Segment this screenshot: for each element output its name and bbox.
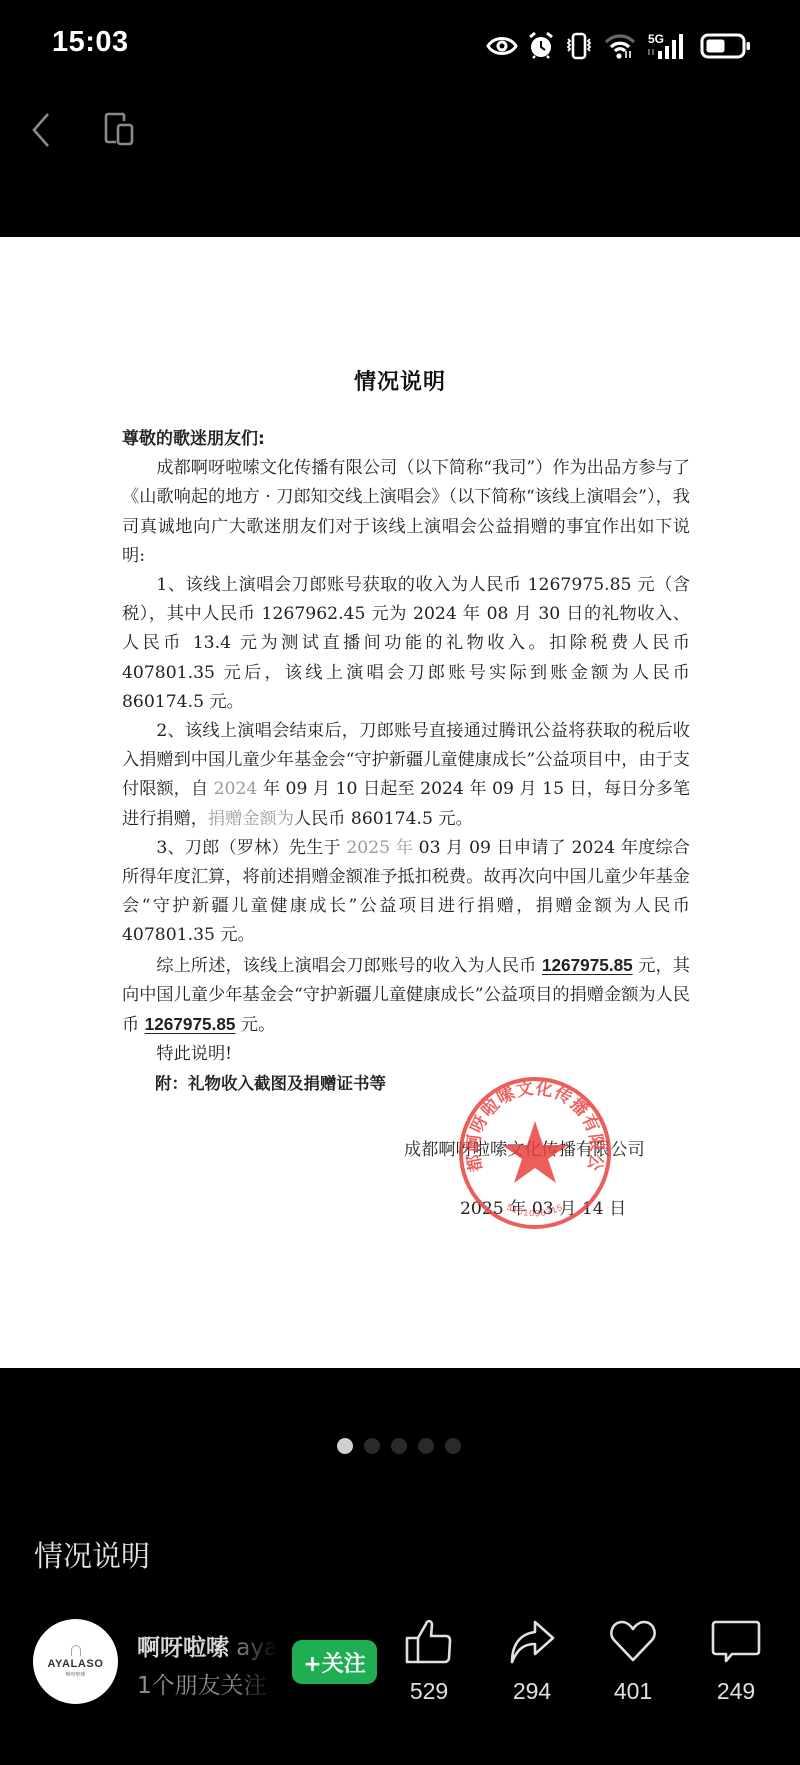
summary-donation-amount: 1267975.85: [145, 1014, 236, 1034]
svg-text:5101096715: 5101096715: [505, 1202, 565, 1219]
back-button[interactable]: [24, 108, 60, 152]
favorite-button[interactable]: 401: [598, 1618, 668, 1705]
multi-device-button[interactable]: [98, 108, 142, 152]
author-avatar[interactable]: AYALASO 啊呀啦嗦: [33, 1619, 118, 1704]
comment-count: 249: [701, 1678, 771, 1705]
pager-dot-4[interactable]: [418, 1438, 434, 1454]
post-caption: 情况说明: [34, 1534, 150, 1575]
image-pager: [0, 1438, 800, 1454]
document-image[interactable]: 情况说明 尊敬的歌迷朋友们: 成都啊呀啦嗦文化传播有限公司（以下简称“我司”）作…: [0, 237, 800, 1368]
thumbs-up-icon: [404, 1618, 454, 1666]
vibrate-icon: [564, 31, 594, 61]
pager-dot-2[interactable]: [364, 1438, 380, 1454]
summary-income-amount: 1267975.85: [542, 955, 633, 975]
status-time: 15:03: [52, 26, 129, 59]
top-nav: [0, 100, 800, 160]
pager-dot-3[interactable]: [391, 1438, 407, 1454]
favorite-count: 401: [598, 1678, 668, 1705]
pager-dot-1[interactable]: [337, 1438, 353, 1454]
comment-button[interactable]: 249: [701, 1618, 771, 1705]
status-icons: 5G: [486, 28, 752, 64]
document-title: 情况说明: [0, 365, 800, 396]
like-button[interactable]: 529: [394, 1618, 464, 1705]
share-button[interactable]: 294: [497, 1618, 567, 1705]
author-name[interactable]: 啊呀啦嗦 ayal: [137, 1629, 277, 1662]
comment-bubble-icon: [710, 1618, 762, 1666]
salutation: 尊敬的歌迷朋友们:: [122, 425, 690, 454]
brand-logo-icon: [71, 1645, 81, 1656]
status-bar: 15:03 5G: [0, 0, 800, 90]
eye-comfort-icon: [486, 34, 518, 58]
share-count: 294: [497, 1678, 567, 1705]
item-2-paragraph: 2、该线上演唱会结束后，刀郎账号直接通过腾讯公益将获取的税后收入捐赠到中国儿童少…: [122, 717, 690, 834]
item-3-paragraph: 3、刀郎（罗林）先生于 2025 年 03 月 09 日申请了 2024 年度综…: [122, 834, 690, 951]
pager-dot-5[interactable]: [445, 1438, 461, 1454]
svg-text:5G: 5G: [648, 32, 664, 46]
share-arrow-icon: [507, 1618, 557, 1666]
summary-paragraph: 综上所述，该线上演唱会刀郎账号的收入为人民币 1267975.85 元，其向中国…: [122, 951, 690, 1041]
multi-device-icon: [98, 108, 142, 152]
follow-button[interactable]: +关注: [292, 1640, 377, 1684]
alarm-icon: [528, 31, 554, 61]
document-body: 尊敬的歌迷朋友们: 成都啊呀啦嗦文化传播有限公司（以下简称“我司”）作为出品方参…: [122, 425, 690, 1099]
signal-5g-icon: 5G: [646, 31, 690, 61]
item-1-paragraph: 1、该线上演唱会刀郎账号获取的收入为人民币 1267975.85 元（含税），其…: [122, 571, 690, 717]
heart-icon: [608, 1618, 658, 1666]
battery-icon: [700, 32, 752, 60]
wifi-icon: [604, 32, 636, 60]
author-friends-following: 1个朋友关注: [137, 1667, 277, 1700]
closing-line: 特此说明!: [122, 1040, 690, 1069]
chevron-left-icon: [24, 108, 60, 152]
like-count: 529: [394, 1678, 464, 1705]
company-seal-stamp: 成都啊呀啦嗦文化传播有限公司 5101096715: [455, 1073, 615, 1233]
intro-paragraph: 成都啊呀啦嗦文化传播有限公司（以下简称“我司”）作为出品方参与了《山歌响起的地方…: [122, 454, 690, 571]
